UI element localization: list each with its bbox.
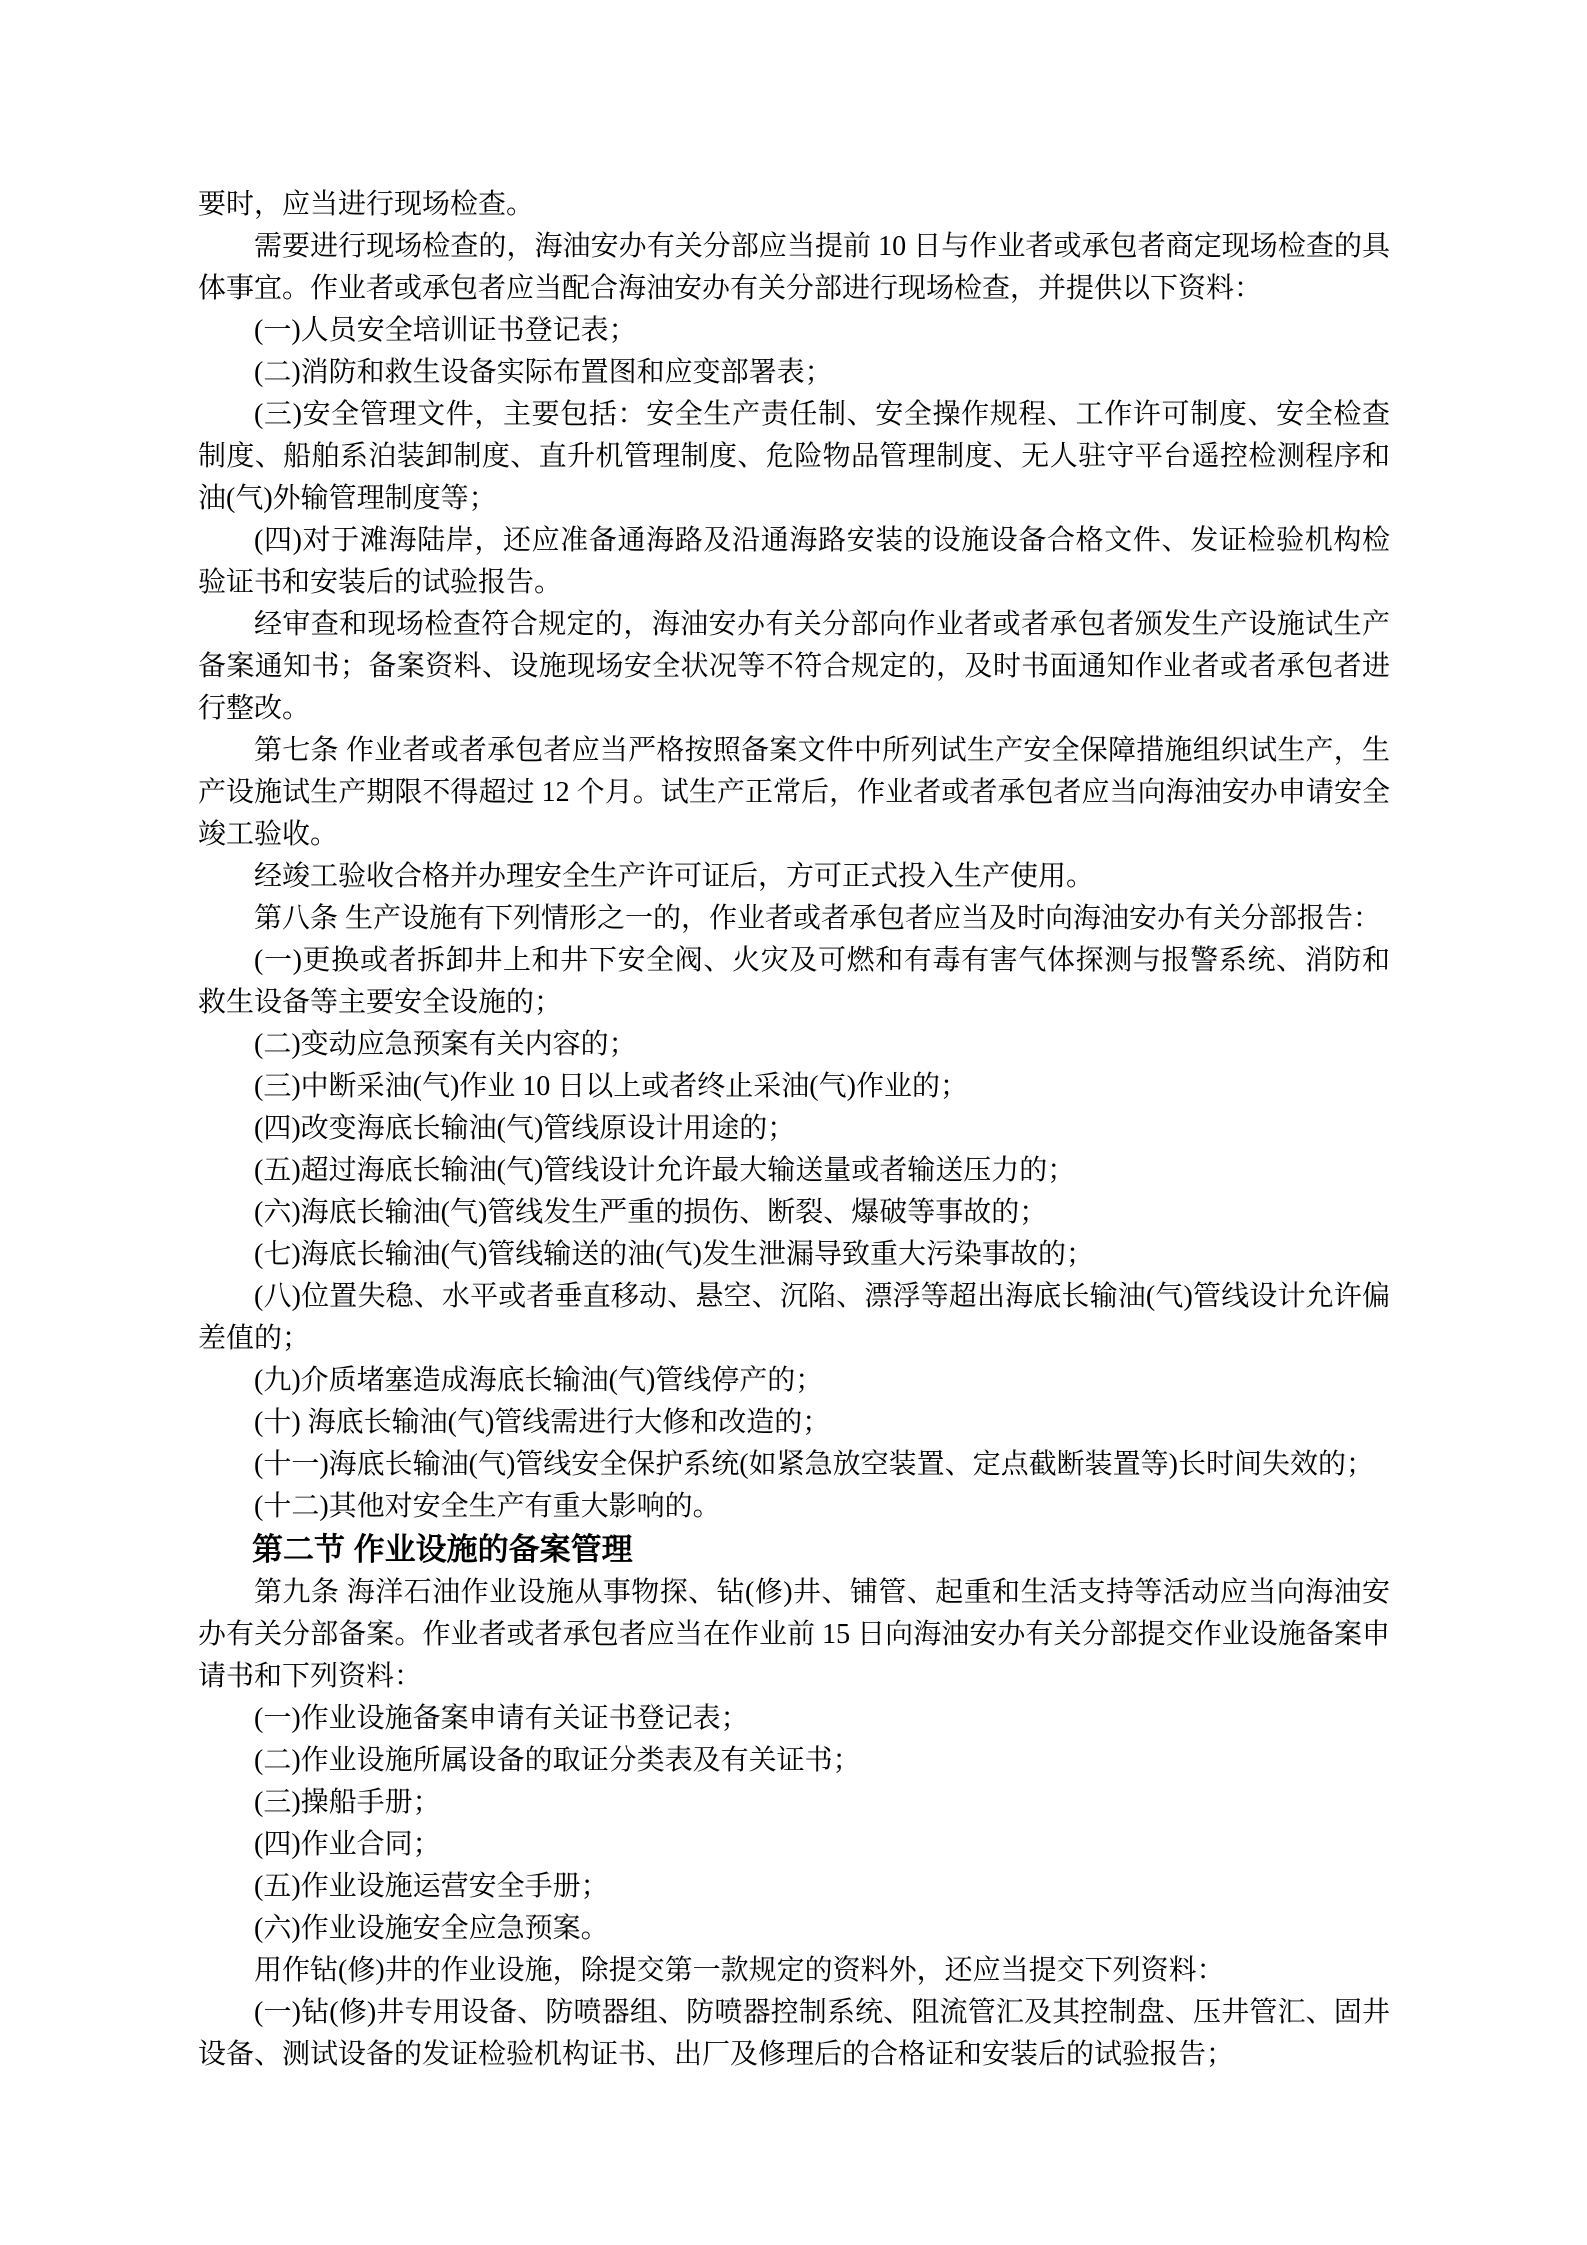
list-item: (五)作业设施运营安全手册；: [198, 1866, 1390, 1908]
list-item: (四)对于滩海陆岸，还应准备通海路及沿通海路安装的设施设备合格文件、发证检验机构…: [198, 520, 1390, 604]
paragraph-continuation: 要时，应当进行现场检查。: [198, 184, 1390, 226]
list-item: (十) 海底长输油(气)管线需进行大修和改造的；: [198, 1402, 1390, 1444]
document-page: 要时，应当进行现场检查。 需要进行现场检查的，海油安办有关分部应当提前 10 日…: [0, 0, 1587, 2245]
list-item: (三)中断采油(气)作业 10 日以上或者终止采油(气)作业的；: [198, 1066, 1390, 1108]
list-item: (六)作业设施安全应急预案。: [198, 1908, 1390, 1950]
list-item: (二)变动应急预案有关内容的；: [198, 1024, 1390, 1066]
list-item: (三)安全管理文件，主要包括：安全生产责任制、安全操作规程、工作许可制度、安全检…: [198, 394, 1390, 520]
list-item: (一)钻(修)井专用设备、防喷器组、防喷器控制系统、阻流管汇及其控制盘、压井管汇…: [198, 1992, 1390, 2076]
list-item: (一)人员安全培训证书登记表；: [198, 310, 1390, 352]
paragraph: 经竣工验收合格并办理安全生产许可证后，方可正式投入生产使用。: [198, 856, 1390, 898]
list-item: (四)改变海底长输油(气)管线原设计用途的；: [198, 1108, 1390, 1150]
list-item: (二)作业设施所属设备的取证分类表及有关证书；: [198, 1740, 1390, 1782]
paragraph-article-7: 第七条 作业者或者承包者应当严格按照备案文件中所列试生产安全保障措施组织试生产，…: [198, 730, 1390, 856]
list-item: (九)介质堵塞造成海底长输油(气)管线停产的；: [198, 1360, 1390, 1402]
paragraph: 用作钻(修)井的作业设施，除提交第一款规定的资料外，还应当提交下列资料：: [198, 1950, 1390, 1992]
list-item: (二)消防和救生设备实际布置图和应变部署表；: [198, 352, 1390, 394]
list-item: (十二)其他对安全生产有重大影响的。: [198, 1486, 1390, 1528]
list-item: (七)海底长输油(气)管线输送的油(气)发生泄漏导致重大污染事故的；: [198, 1234, 1390, 1276]
section-heading: 第二节 作业设施的备案管理: [198, 1528, 1390, 1572]
list-item: (五)超过海底长输油(气)管线设计允许最大输送量或者输送压力的；: [198, 1150, 1390, 1192]
list-item: (六)海底长输油(气)管线发生严重的损伤、断裂、爆破等事故的；: [198, 1192, 1390, 1234]
paragraph: 需要进行现场检查的，海油安办有关分部应当提前 10 日与作业者或承包者商定现场检…: [198, 226, 1390, 310]
list-item: (八)位置失稳、水平或者垂直移动、悬空、沉陷、漂浮等超出海底长输油(气)管线设计…: [198, 1276, 1390, 1360]
list-item: (十一)海底长输油(气)管线安全保护系统(如紧急放空装置、定点截断装置等)长时间…: [198, 1444, 1390, 1486]
list-item: (一)作业设施备案申请有关证书登记表；: [198, 1698, 1390, 1740]
paragraph-article-8: 第八条 生产设施有下列情形之一的，作业者或者承包者应当及时向海油安办有关分部报告…: [198, 898, 1390, 940]
document-text-block: 要时，应当进行现场检查。 需要进行现场检查的，海油安办有关分部应当提前 10 日…: [198, 184, 1390, 2076]
paragraph: 经审查和现场检查符合规定的，海油安办有关分部向作业者或者承包者颁发生产设施试生产…: [198, 604, 1390, 730]
list-item: (三)操船手册；: [198, 1782, 1390, 1824]
paragraph-article-9: 第九条 海洋石油作业设施从事物探、钻(修)井、铺管、起重和生活支持等活动应当向海…: [198, 1572, 1390, 1698]
list-item: (一)更换或者拆卸井上和井下安全阀、火灾及可燃和有毒有害气体探测与报警系统、消防…: [198, 940, 1390, 1024]
list-item: (四)作业合同；: [198, 1824, 1390, 1866]
